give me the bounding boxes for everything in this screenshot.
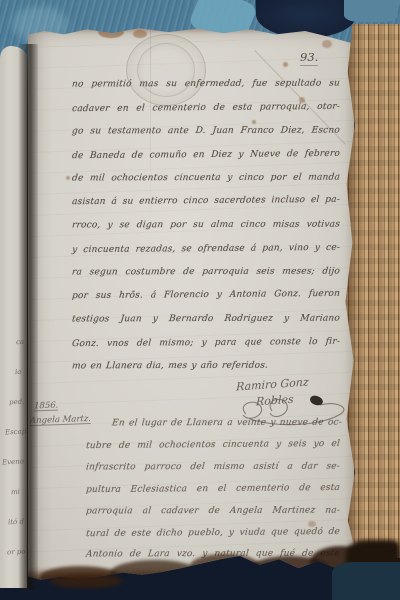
left-page-text-fragment: ia: [14, 368, 21, 376]
manuscript-line: rroco, y se digan por su alma cinco misa…: [71, 220, 340, 231]
manuscript-line: infrascrito parroco del mismo asistí a d…: [85, 462, 340, 473]
stain-spot: [308, 521, 316, 527]
left-page-text-fragment: ca: [16, 338, 25, 346]
embossed-seal-icon: [126, 34, 206, 106]
left-page-scorch: [50, 574, 122, 588]
char-blob: [110, 560, 200, 586]
opposite-page-edge: ca ia ped. Escap Eveno mi itó d or po: [0, 46, 27, 588]
manuscript-page: 93. no permitió mas su enfermedad, fue s…: [28, 26, 354, 582]
char-blob: [190, 554, 260, 578]
left-page-text-fragment: Eveno: [2, 457, 24, 466]
manuscript-line: En el lugar de Llanera a veinte y nueve …: [111, 418, 342, 429]
manuscript-line: parroquia al cadaver de Angela Martinez …: [85, 506, 340, 517]
fabric-patch-top-right: [344, 0, 398, 22]
fabric-bottom-right: [332, 562, 400, 600]
left-page-text-fragment: mi: [11, 488, 20, 496]
margin-year-note: 1856.: [34, 401, 59, 412]
left-page-text-fragment: Escap: [5, 427, 27, 436]
photo-of-manuscript-page: ca ia ped. Escap Eveno mi itó d or po 93…: [0, 0, 400, 600]
stain-spot: [66, 176, 70, 180]
stain-spot: [322, 40, 332, 48]
left-page-text-fragment: or po: [6, 548, 25, 557]
manuscript-line: de mil ochocientos cincuenta y cinco por…: [71, 173, 340, 184]
manuscript-line: mo en Llanera dia, mes y año referidos.: [71, 361, 272, 372]
stain-spot: [252, 120, 256, 124]
left-page-text-fragment: itó d: [8, 518, 24, 527]
manuscript-line: no permitió mas su enfermedad, fue sepul…: [71, 79, 340, 90]
manuscript-line: testigos Juan y Bernardo Rodriguez y Mar…: [71, 314, 340, 325]
manuscript-line: go su testamento ante D. Juan Franco Die…: [71, 126, 340, 137]
page-number: 93.: [300, 50, 318, 66]
stain-spot: [133, 30, 147, 38]
margin-name-note: Angela Martz.: [30, 414, 92, 426]
left-page-text-fragment: ped.: [8, 398, 24, 407]
stain-spot: [283, 62, 288, 67]
manuscript-line: ra segun costumbre de parroquia seis mes…: [71, 267, 340, 278]
